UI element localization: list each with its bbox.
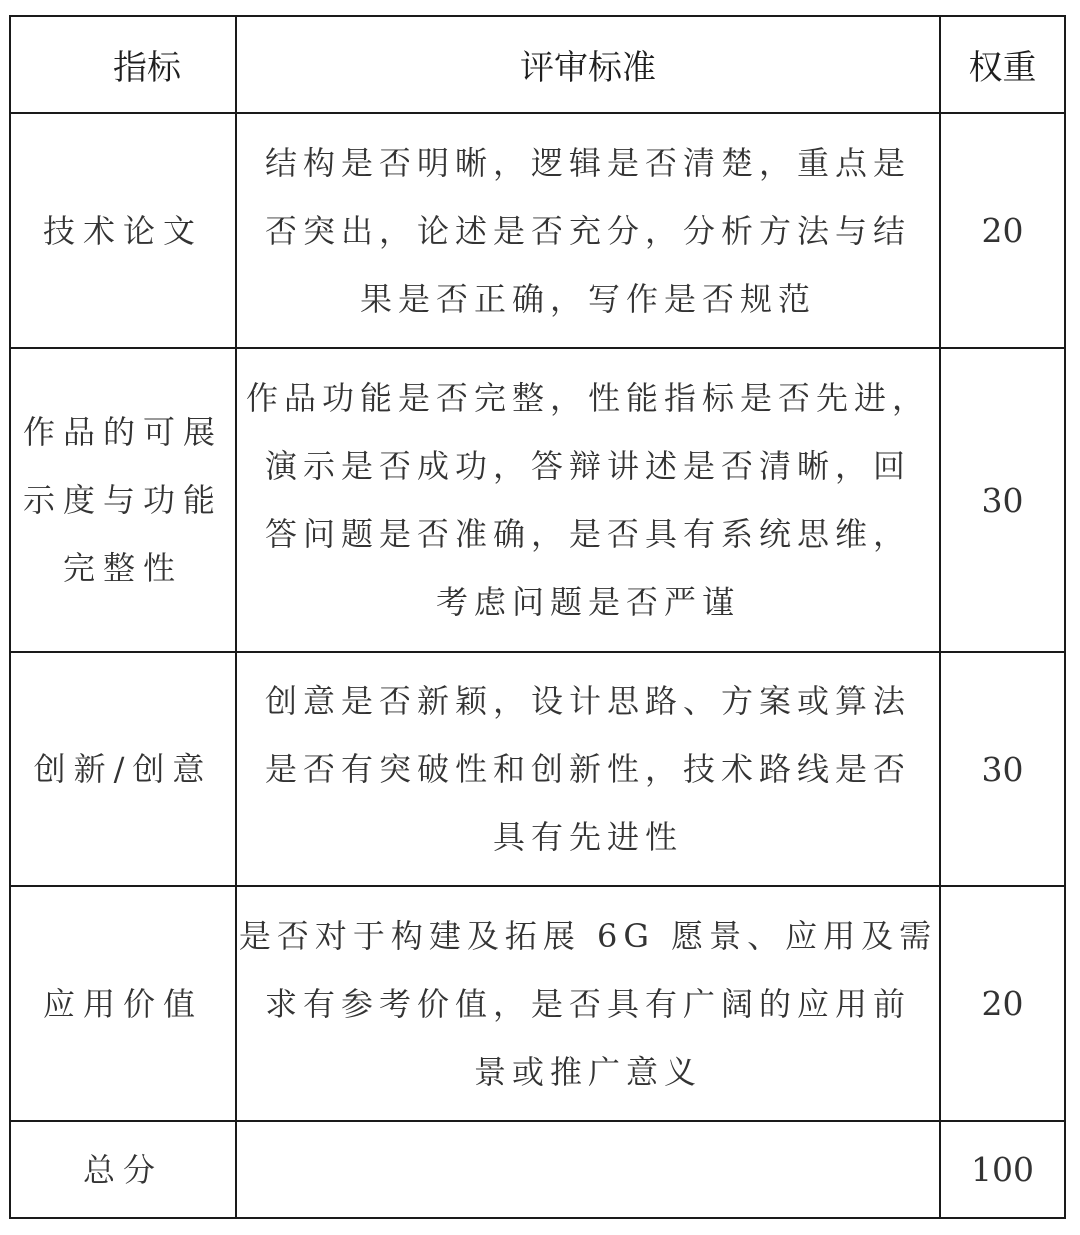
indicator-text: 应用价值 [11,970,235,1038]
criteria-line: 果是否正确，写作是否规范 [237,265,939,333]
criteria-line: 创意是否新颖，设计思路、方案或算法 [237,667,939,735]
indicator-text: 完整性 [11,534,235,602]
indicator-cell: 作品的可展 示度与功能 完整性 [10,348,236,652]
criteria-line: 具有先进性 [237,803,939,871]
criteria-line: 答问题是否准确，是否具有系统思维， [237,500,939,568]
criteria-line: 否突出，论述是否充分，分析方法与结 [237,197,939,265]
indicator-cell: 创新/创意 [10,652,236,886]
indicator-cell: 应用价值 [10,886,236,1121]
weight-cell: 30 [940,652,1065,886]
table-row-innovation: 创新/创意 创意是否新颖，设计思路、方案或算法 是否有突破性和创新性，技术路线是… [10,652,1065,886]
table-row-application-value: 应用价值 是否对于构建及拓展 6G 愿景、应用及需 求有参考价值，是否具有广阔的… [10,886,1065,1121]
header-indicator: 指标 [10,16,236,113]
criteria-line: 是否对于构建及拓展 6G 愿景、应用及需 [237,902,939,970]
indicator-text: 作品的可展 [11,398,235,466]
indicator-text: 技术论文 [11,197,235,265]
indicator-cell: 技术论文 [10,113,236,348]
criteria-cell: 是否对于构建及拓展 6G 愿景、应用及需 求有参考价值，是否具有广阔的应用前 景… [236,886,940,1121]
header-weight: 权重 [940,16,1065,113]
criteria-line: 结构是否明晰，逻辑是否清楚，重点是 [237,129,939,197]
weight-cell: 30 [940,348,1065,652]
criteria-cell: 创意是否新颖，设计思路、方案或算法 是否有突破性和创新性，技术路线是否 具有先进… [236,652,940,886]
table-row-demonstrability: 作品的可展 示度与功能 完整性 作品功能是否完整，性能指标是否先进， 演示是否成… [10,348,1065,652]
criteria-line: 考虑问题是否严谨 [237,568,939,636]
criteria-cell: 结构是否明晰，逻辑是否清楚，重点是 否突出，论述是否充分，分析方法与结 果是否正… [236,113,940,348]
criteria-line: 求有参考价值，是否具有广阔的应用前 [237,970,939,1038]
weight-cell: 20 [940,886,1065,1121]
header-criteria: 评审标准 [236,16,940,113]
total-weight: 100 [940,1121,1065,1218]
evaluation-criteria-table: 指标 评审标准 权重 技术论文 结构是否明晰，逻辑是否清楚，重点是 否突出，论述… [9,15,1066,1219]
criteria-line: 演示是否成功，答辩讲述是否清晰，回 [237,432,939,500]
table-header-row: 指标 评审标准 权重 [10,16,1065,113]
weight-cell: 20 [940,113,1065,348]
criteria-cell: 作品功能是否完整，性能指标是否先进， 演示是否成功，答辩讲述是否清晰，回 答问题… [236,348,940,652]
indicator-text: 创新/创意 [11,735,235,803]
criteria-line: 作品功能是否完整，性能指标是否先进， [237,364,939,432]
indicator-text: 示度与功能 [11,466,235,534]
criteria-line: 是否有突破性和创新性，技术路线是否 [237,735,939,803]
table-row-total: 总分 100 [10,1121,1065,1218]
table-row-technical-paper: 技术论文 结构是否明晰，逻辑是否清楚，重点是 否突出，论述是否充分，分析方法与结… [10,113,1065,348]
total-criteria-empty [236,1121,940,1218]
criteria-line: 景或推广意义 [237,1038,939,1106]
total-label: 总分 [10,1121,236,1218]
